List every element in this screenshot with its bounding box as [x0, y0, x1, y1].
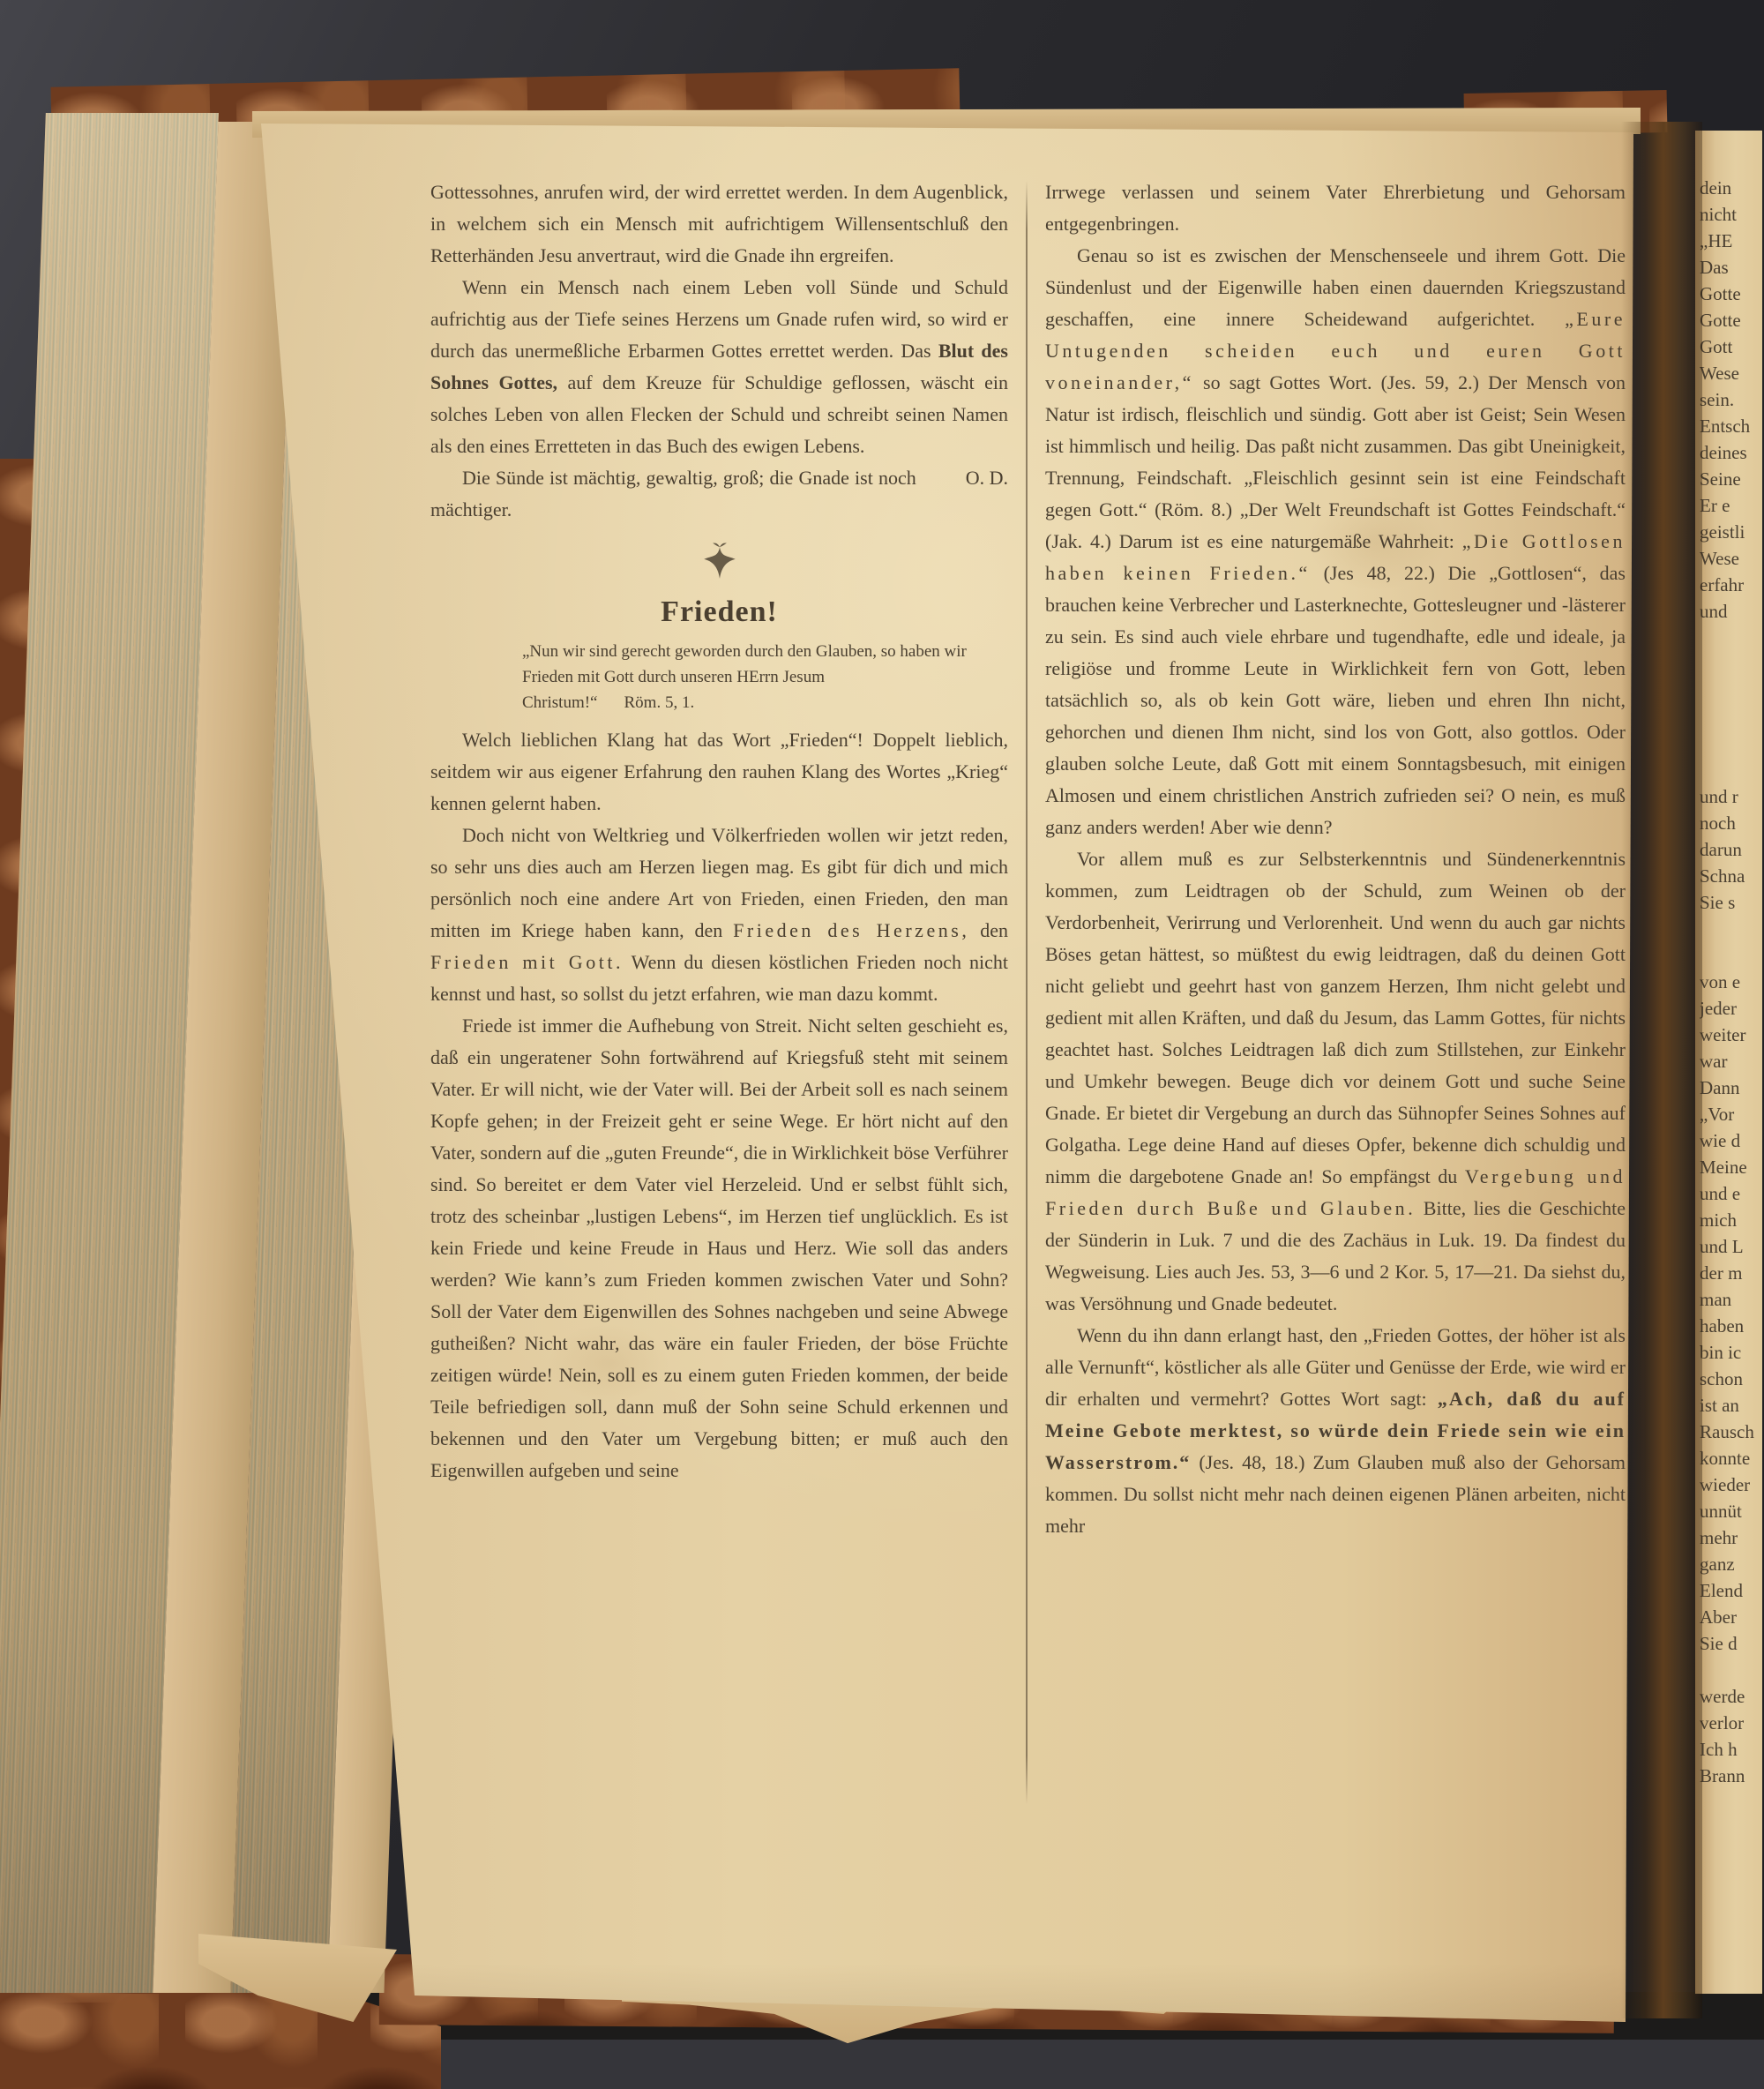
text-fragment-line: Aber: [1700, 1604, 1761, 1630]
text-fragment-line: Wese: [1700, 545, 1761, 572]
text-fragment-line: war: [1700, 1048, 1761, 1074]
quote-text: „Nun wir sind gerecht geworden durch den…: [522, 642, 967, 712]
text-fragment-line: ist an: [1700, 1392, 1761, 1419]
text-fragment-line: [1700, 1657, 1761, 1683]
text-fragment-line: Gotte: [1700, 281, 1761, 307]
text-fragment-line: geistli: [1700, 519, 1761, 545]
paragraph: O. D.Die Sünde ist mächtig, gewaltig, gr…: [430, 462, 1008, 526]
column-divider-rule: [1026, 181, 1028, 1804]
text-fragment-line: Er e: [1700, 492, 1761, 519]
scripture-quote: „Nun wir sind gerecht geworden durch den…: [522, 639, 978, 715]
paragraph-text: Die Sünde ist mächtig, gewaltig, groß; d…: [430, 467, 916, 520]
quote-reference: Röm. 5, 1.: [598, 693, 695, 712]
paragraph-text: so sagt Gottes Wort. (Jes. 59, 2.) Der M…: [1045, 371, 1626, 552]
text-fragment-line: verlor: [1700, 1710, 1761, 1736]
section-ornament: [430, 542, 1008, 588]
paragraph-text: Gottessohnes, anrufen wird, der wird err…: [430, 181, 1008, 266]
paragraph-text: Irrwege verlassen und seinem Vater Ehrer…: [1045, 181, 1626, 235]
text-column-right: Irrwege verlassen und seinem Vater Ehrer…: [1045, 176, 1626, 1810]
paragraph-text: Wenn ein Mensch nach einem Leben voll Sü…: [430, 276, 1008, 362]
text-fragment-line: „Vor: [1700, 1101, 1761, 1127]
next-page-text-fragments: deinnicht„HEDasGotteGotteGottWesesein.En…: [1700, 175, 1761, 1789]
text-fragment-line: „HE: [1700, 228, 1761, 254]
text-fragment-line: unnüt: [1700, 1498, 1761, 1524]
paragraph: Wenn ein Mensch nach einem Leben voll Sü…: [430, 272, 1008, 462]
text-fragment-line: konnte: [1700, 1445, 1761, 1471]
text-fragment-line: noch: [1700, 810, 1761, 836]
paragraph: Genau so ist es zwischen der Menschensee…: [1045, 240, 1626, 843]
text-fragment-line: bin ic: [1700, 1339, 1761, 1366]
emphasized-phrase: Frieden mit Gott.: [430, 951, 624, 973]
paragraph-text: Welch lieblichen Klang hat das Wort „Fri…: [430, 729, 1008, 814]
book-photograph: { "colors":{"background":"#2a2a2e","cove…: [0, 0, 1764, 2089]
text-fragment-line: Ich h: [1700, 1736, 1761, 1763]
text-fragment-line: sein.: [1700, 386, 1761, 413]
text-fragment-line: Seine: [1700, 466, 1761, 492]
text-fragment-line: und: [1700, 598, 1761, 625]
text-fragment-line: werde: [1700, 1683, 1761, 1710]
text-fragment-line: dein: [1700, 175, 1761, 201]
next-page-sliver: deinnicht„HEDasGotteGotteGottWesesein.En…: [1695, 131, 1762, 1994]
text-fragment-line: [1700, 704, 1761, 730]
text-fragment-line: [1700, 625, 1761, 651]
text-fragment-line: Dann: [1700, 1074, 1761, 1101]
paragraph: Friede ist immer die Aufhebung von Strei…: [430, 1010, 1008, 1486]
text-fragment-line: Sie s: [1700, 889, 1761, 916]
text-fragment-line: Schna: [1700, 863, 1761, 889]
text-fragment-line: ganz: [1700, 1551, 1761, 1577]
text-fragment-line: Gotte: [1700, 307, 1761, 333]
text-fragment-line: haben: [1700, 1313, 1761, 1339]
text-fragment-line: Entsch: [1700, 413, 1761, 439]
text-fragment-line: Wese: [1700, 360, 1761, 386]
book-gutter-shadow: [1621, 122, 1702, 2018]
text-fragment-line: jeder: [1700, 995, 1761, 1022]
paragraph: Gottessohnes, anrufen wird, der wird err…: [430, 176, 1008, 272]
text-fragment-line: erfahr: [1700, 572, 1761, 598]
text-fragment-line: Meine: [1700, 1154, 1761, 1180]
fleuron-icon: [699, 542, 740, 582]
paragraph: Vor allem muß es zur Selbsterkenntnis un…: [1045, 843, 1626, 1320]
text-fragment-line: weiter: [1700, 1022, 1761, 1048]
paragraph: Wenn du ihn dann erlangt hast, den „Frie…: [1045, 1320, 1626, 1542]
text-fragment-line: Rausch: [1700, 1419, 1761, 1445]
emphasized-phrase: Frieden des Herzens,: [733, 919, 969, 941]
text-fragment-line: wie d: [1700, 1127, 1761, 1154]
text-fragment-line: deines: [1700, 439, 1761, 466]
text-fragment-line: Gott: [1700, 333, 1761, 360]
text-fragment-line: und e: [1700, 1180, 1761, 1207]
text-fragment-line: und r: [1700, 783, 1761, 810]
text-fragment-line: Sie d: [1700, 1630, 1761, 1657]
paragraph-text: Friede ist immer die Aufhebung von Strei…: [430, 1015, 1008, 1481]
author-initials: O. D.: [916, 462, 1008, 494]
text-fragment-line: nicht: [1700, 201, 1761, 228]
text-fragment-line: von e: [1700, 969, 1761, 995]
text-fragment-line: und L: [1700, 1233, 1761, 1260]
article-heading: Frieden!: [430, 593, 1008, 632]
text-fragment-line: darun: [1700, 836, 1761, 863]
text-fragment-line: mehr: [1700, 1524, 1761, 1551]
paragraph: Doch nicht von Weltkrieg und Völkerfried…: [430, 820, 1008, 1010]
text-fragment-line: man: [1700, 1286, 1761, 1313]
text-fragment-line: [1700, 942, 1761, 969]
text-column-left: Gottessohnes, anrufen wird, der wird err…: [430, 176, 1008, 1810]
text-fragment-line: schon: [1700, 1366, 1761, 1392]
text-fragment-line: [1700, 757, 1761, 783]
paragraph-text: (Jes 48, 22.) Die „Gottlosen“, das brauc…: [1045, 562, 1626, 838]
text-fragment-line: der m: [1700, 1260, 1761, 1286]
text-fragment-line: wieder: [1700, 1471, 1761, 1498]
text-fragment-line: [1700, 916, 1761, 942]
paragraph: Irrwege verlassen und seinem Vater Ehrer…: [1045, 176, 1626, 240]
text-fragment-line: [1700, 678, 1761, 704]
text-fragment-line: mich: [1700, 1207, 1761, 1233]
text-fragment-line: Elend: [1700, 1577, 1761, 1604]
paragraph-text: Genau so ist es zwischen der Menschensee…: [1045, 244, 1626, 330]
paragraph-text: Vor allem muß es zur Selbsterkenntnis un…: [1045, 848, 1626, 1187]
text-fragment-line: Brann: [1700, 1763, 1761, 1789]
text-fragment-line: Das: [1700, 254, 1761, 281]
paragraph-text: den: [969, 919, 1008, 941]
text-fragment-line: [1700, 730, 1761, 757]
text-fragment-line: [1700, 651, 1761, 678]
paragraph: Welch lieblichen Klang hat das Wort „Fri…: [430, 724, 1008, 820]
